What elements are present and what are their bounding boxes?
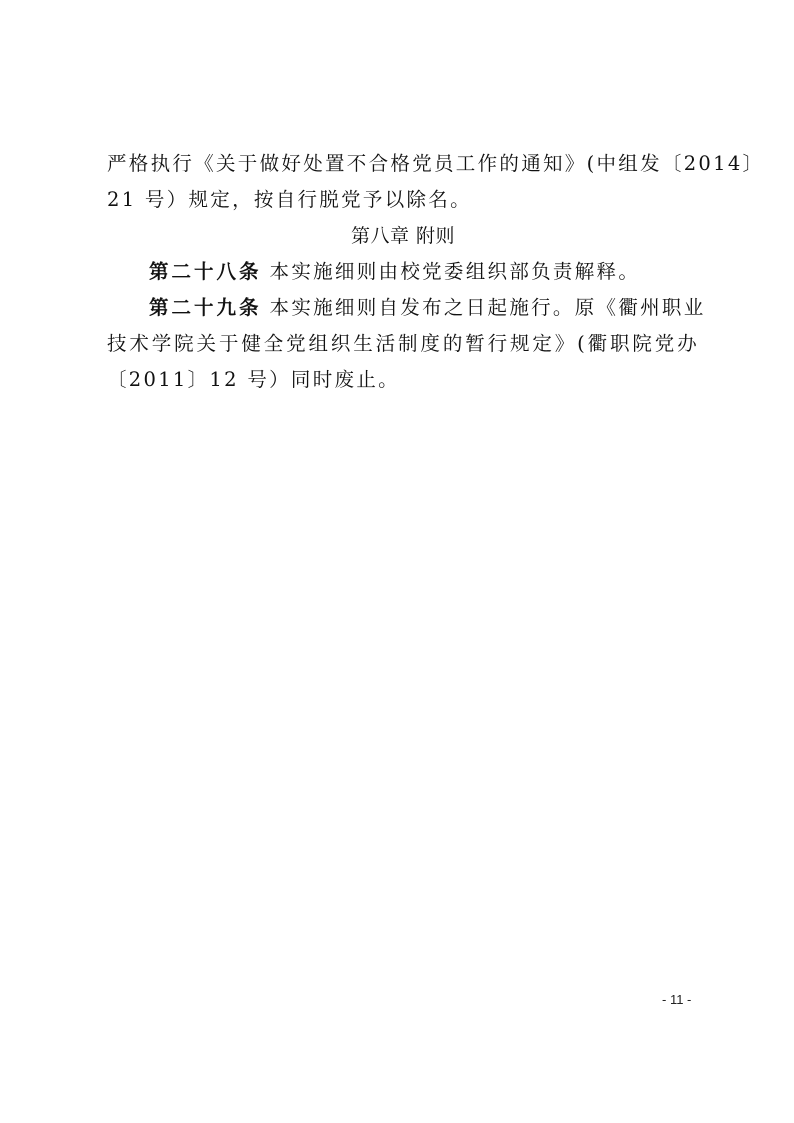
article-29: 第二十九条本实施细则自发布之日起施行。原《衢州职业 xyxy=(107,290,699,326)
article-label: 第二十九条 xyxy=(149,296,262,319)
paragraph-line: 严格执行《关于做好处置不合格党员工作的通知》(中组发〔2014〕 xyxy=(107,146,699,182)
article-label: 第二十八条 xyxy=(149,260,262,283)
page-number: - 11 - xyxy=(662,992,691,1007)
paragraph-line: 〔2011〕12 号）同时废止。 xyxy=(107,362,699,398)
article-text: 本实施细则自发布之日起施行。原《衢州职业 xyxy=(270,296,706,319)
article-text: 本实施细则由校党委组织部负责解释。 xyxy=(270,260,641,283)
chapter-heading: 第八章 附则 xyxy=(107,218,699,254)
article-28: 第二十八条本实施细则由校党委组织部负责解释。 xyxy=(107,254,699,290)
paragraph-line: 技术学院关于健全党组织生活制度的暂行规定》(衢职院党办 xyxy=(107,326,699,362)
paragraph-line: 21 号）规定，按自行脱党予以除名。 xyxy=(107,182,699,218)
document-body: 严格执行《关于做好处置不合格党员工作的通知》(中组发〔2014〕 21 号）规定… xyxy=(107,146,699,398)
document-page: 严格执行《关于做好处置不合格党员工作的通知》(中组发〔2014〕 21 号）规定… xyxy=(0,0,794,1123)
